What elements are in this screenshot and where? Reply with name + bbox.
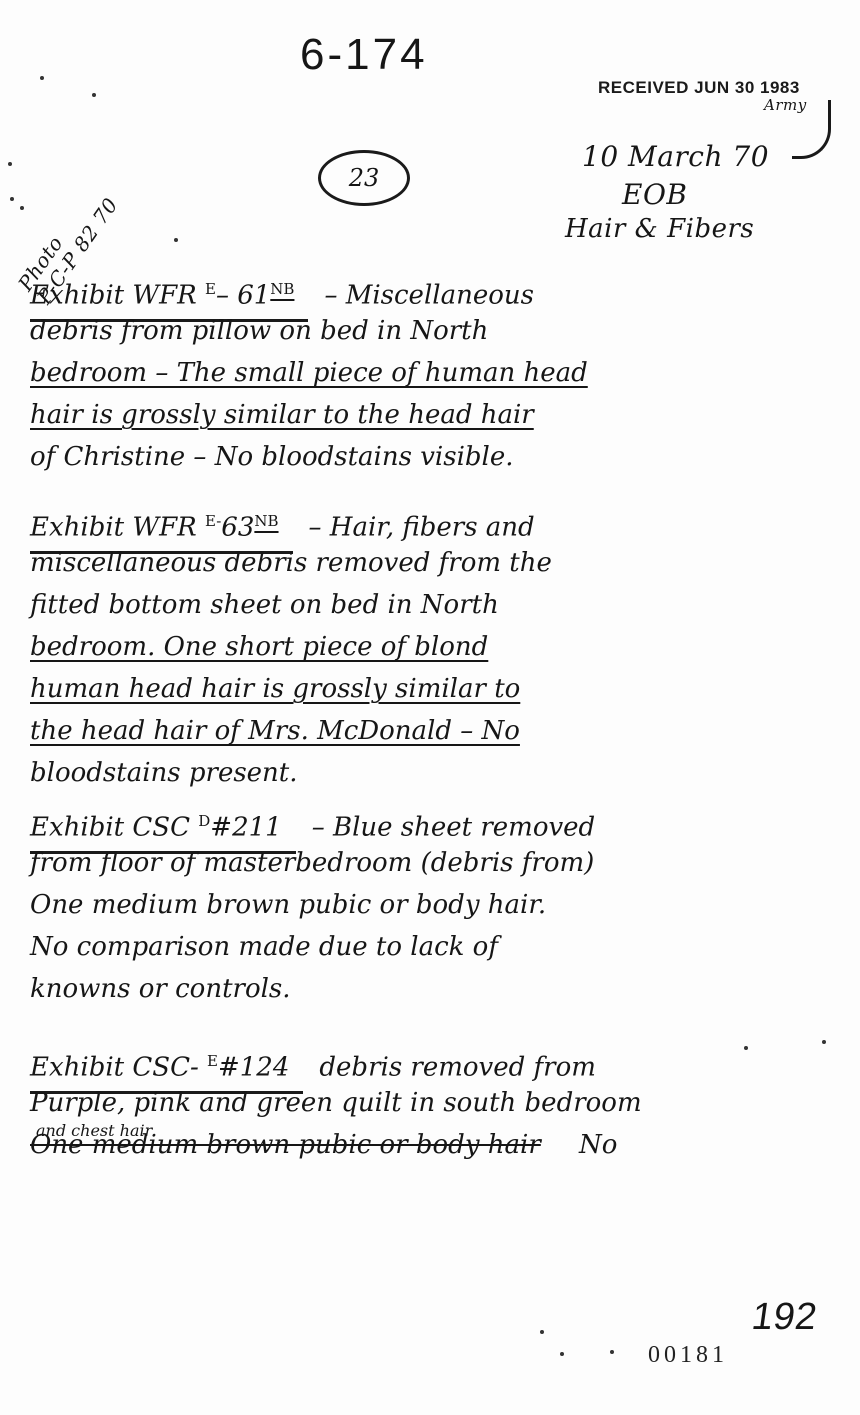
scan-speck <box>540 1330 544 1334</box>
exhibit-label-sup: E- <box>205 512 221 530</box>
entry-line: Exhibit CSC- E#124debris removed from <box>30 1040 820 1082</box>
entry-line: bedroom. One short piece of blond <box>30 626 820 668</box>
entry-line: of Christine – No bloodstains visible. <box>30 436 820 478</box>
entry-line: human head hair is grossly similar to <box>30 668 820 710</box>
received-stamp: RECEIVED JUN 30 1983 <box>598 78 800 98</box>
exhibit-label-sup: E <box>207 1052 218 1070</box>
exhibit-label-sup: D <box>198 812 210 830</box>
exhibit-label-text: Exhibit WFR <box>30 513 197 543</box>
exhibit-label-text: Exhibit CSC <box>30 813 190 843</box>
bates-number: 00181 <box>648 1342 728 1369</box>
exhibit-label-text: Exhibit WFR <box>30 281 197 311</box>
entry-text: No <box>579 1130 617 1160</box>
stamp-bracket-mark <box>792 100 831 159</box>
entry-line: bedroom – The small piece of human head <box>30 352 820 394</box>
exhibit-label-number: 63 <box>221 513 254 543</box>
header-initials: EOB <box>622 178 687 211</box>
entry-text: bedroom – The small piece of human head <box>30 358 588 388</box>
entry-line: from floor of masterbedroom (debris from… <box>30 842 820 884</box>
scan-speck <box>610 1350 614 1354</box>
entry-line: and chest hair One medium brown pubic or… <box>30 1124 820 1166</box>
entry-line: hair is grossly similar to the head hair <box>30 394 820 436</box>
scanned-document-page: 6-174 RECEIVED JUN 30 1983 Army 23 10 Ma… <box>0 0 860 1415</box>
header-date: 10 March 70 <box>582 140 769 173</box>
entry-line: knowns or controls. <box>30 968 820 1010</box>
exhibit-label-number: #211 <box>210 813 281 843</box>
entry-text: – Miscellaneous <box>324 281 534 311</box>
entry-text: the head hair of Mrs. McDonald – No <box>30 716 520 746</box>
exhibit-entry: Exhibit CSC- E#124debris removed from Pu… <box>30 1040 820 1166</box>
scan-speck <box>10 197 14 201</box>
entry-text: hair is grossly similar to the head hair <box>30 400 534 430</box>
scan-speck <box>8 162 12 166</box>
circled-page-number-text: 23 <box>349 164 380 192</box>
entry-text: – Hair, fibers and <box>309 513 535 543</box>
entry-text: – Blue sheet removed <box>312 813 596 843</box>
entry-line: Exhibit WFR E-63NB– Hair, fibers and <box>30 500 820 542</box>
exhibit-entry: Exhibit WFR E– 61NB– Miscellaneous debri… <box>30 268 820 478</box>
exhibit-label-text: Exhibit CSC- <box>30 1053 199 1083</box>
entry-line: miscellaneous debris removed from the <box>30 542 820 584</box>
entry-line: bloodstains present. <box>30 752 820 794</box>
scan-speck <box>174 238 178 242</box>
exhibit-entry: Exhibit WFR E-63NB– Hair, fibers and mis… <box>30 500 820 794</box>
entry-line: Exhibit WFR E– 61NB– Miscellaneous <box>30 268 820 310</box>
entry-line: debris from pillow on bed in North <box>30 310 820 352</box>
entry-text: bedroom. One short piece of blond <box>30 632 488 662</box>
exhibit-entry: Exhibit CSC D#211– Blue sheet removed fr… <box>30 800 820 1010</box>
entry-line: the head hair of Mrs. McDonald – No <box>30 710 820 752</box>
scan-speck <box>40 76 44 80</box>
scan-speck <box>744 1046 748 1050</box>
exhibit-label-suffix: NB <box>270 280 294 298</box>
header-subject: Hair & Fibers <box>565 214 754 244</box>
scan-speck <box>560 1352 564 1356</box>
exhibit-label-suffix: NB <box>254 512 278 530</box>
scan-speck <box>92 93 96 97</box>
scan-speck <box>20 206 24 210</box>
entry-text: human head hair is grossly similar to <box>30 674 520 704</box>
exhibit-label-number: 61 <box>237 281 270 311</box>
handwritten-insertion: and chest hair <box>36 1110 152 1152</box>
entry-line: fitted bottom sheet on bed in North <box>30 584 820 626</box>
exhibit-label-sup: E <box>205 280 216 298</box>
entry-line: Exhibit CSC D#211– Blue sheet removed <box>30 800 820 842</box>
entry-line: No comparison made due to lack of <box>30 926 820 968</box>
handwritten-page-number: 192 <box>749 1296 820 1339</box>
document-number: 6-174 <box>300 30 428 80</box>
entry-line: One medium brown pubic or body hair. <box>30 884 820 926</box>
exhibit-label-number: #124 <box>218 1053 289 1083</box>
entry-text: debris removed from <box>319 1053 596 1083</box>
scan-speck <box>822 1040 826 1044</box>
circled-page-number: 23 <box>318 150 410 206</box>
